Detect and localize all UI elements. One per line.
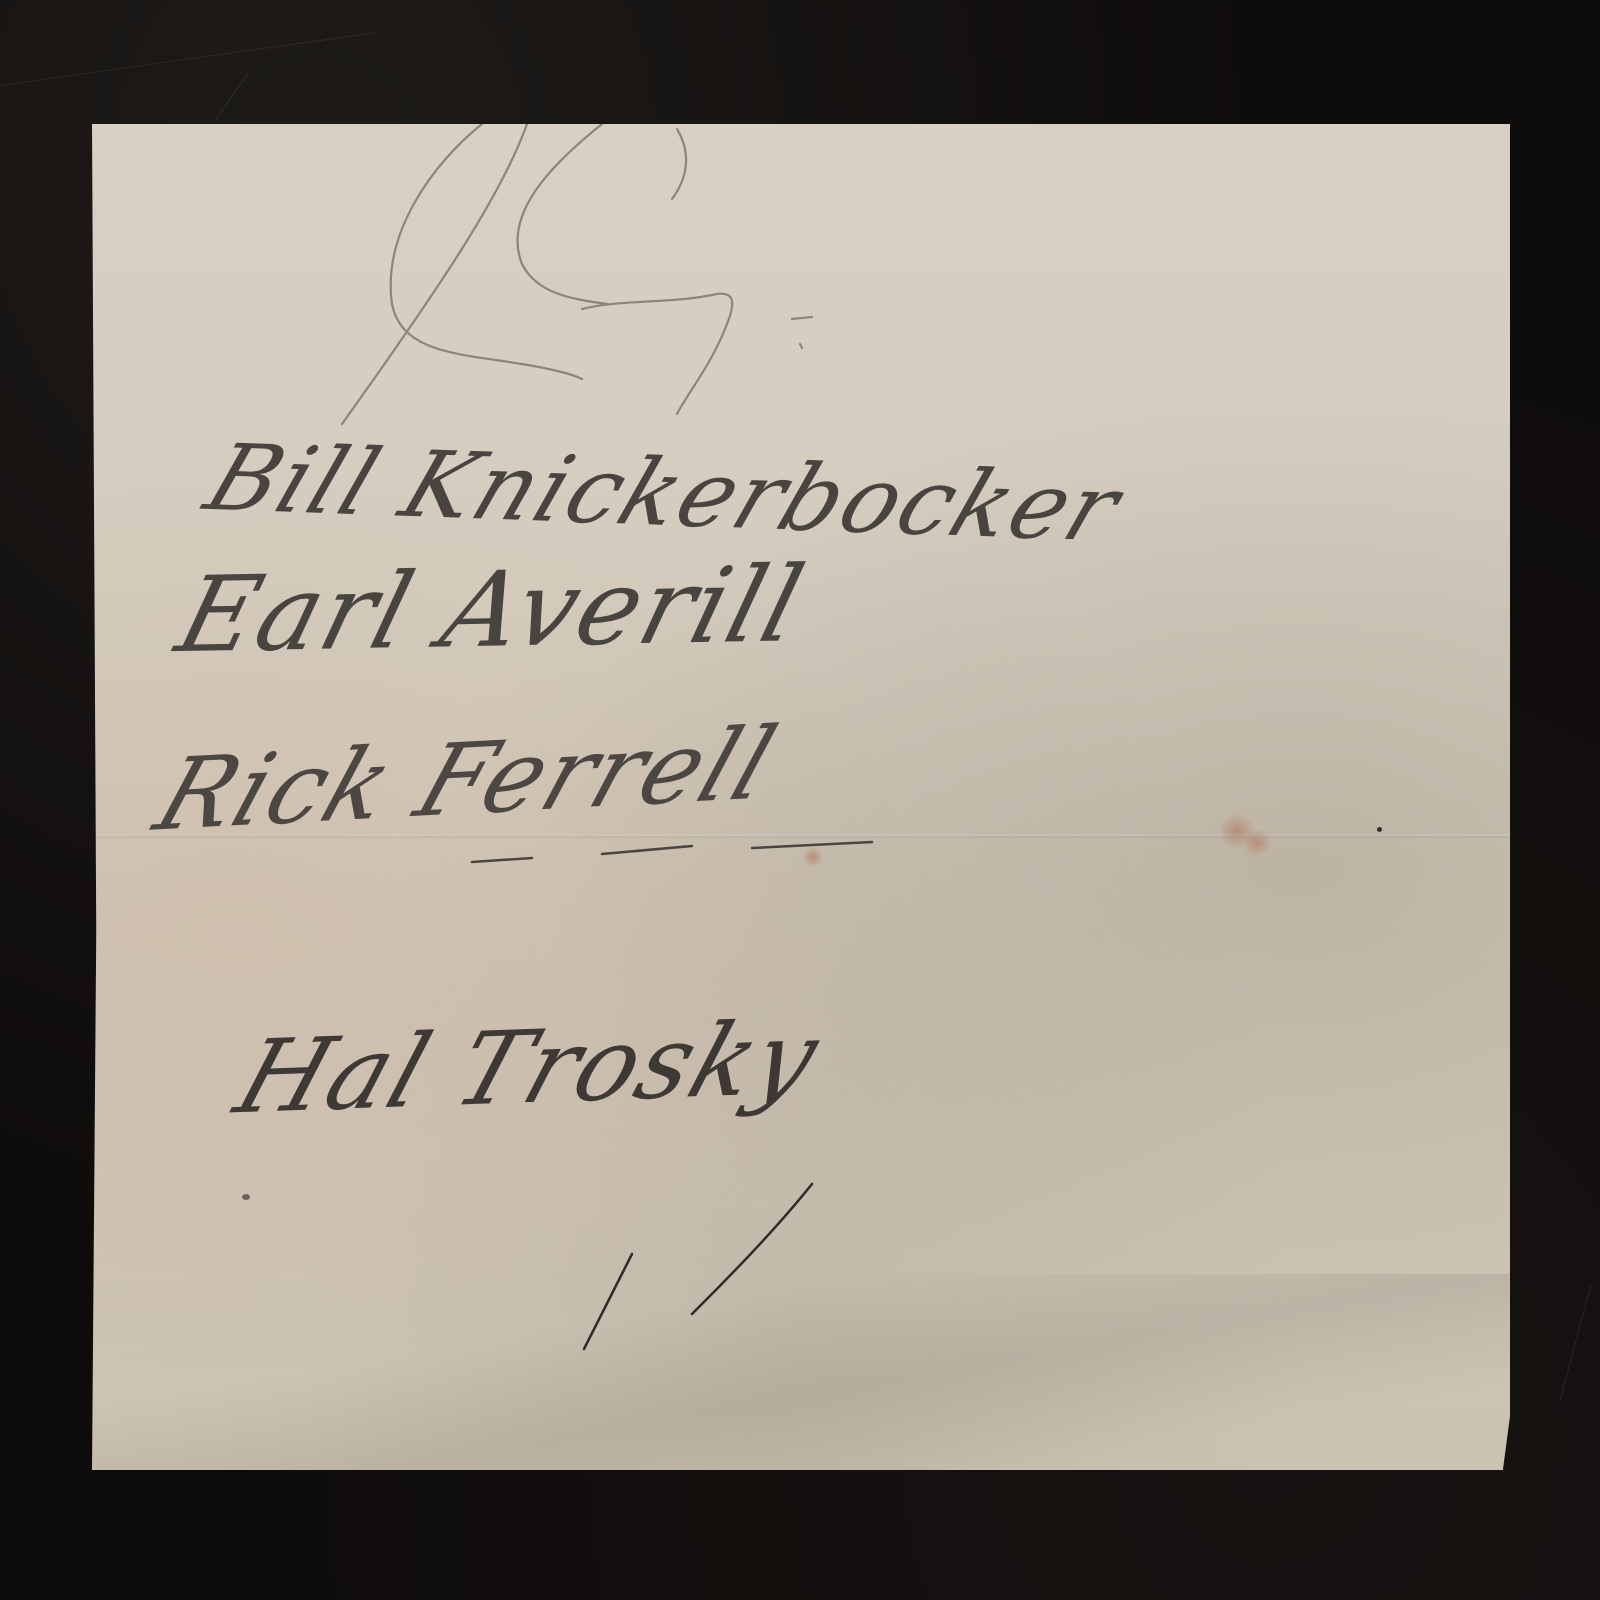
surface-scratch (0, 32, 376, 86)
surface-scratch (1560, 1284, 1592, 1400)
signature-bill-knickerbocker: Bill Knickerbocker (193, 425, 1135, 562)
foxing-stain (1242, 829, 1272, 857)
signature-earl-averill: Earl Averill (166, 543, 817, 676)
signature-tail-stroke (572, 1174, 832, 1354)
pencil-signature: (illegible pencil signature) (322, 124, 1042, 444)
signature-hal-trosky: Hal Trosky (223, 998, 835, 1136)
ink-speck (1377, 827, 1382, 832)
surface-scratch (215, 71, 250, 121)
rick-ferrell-underline (462, 824, 982, 874)
foxing-stain (802, 846, 824, 868)
ink-speck (242, 1194, 250, 1200)
autograph-paper-slip: (illegible pencil signature) Bill Knicke… (92, 124, 1510, 1470)
